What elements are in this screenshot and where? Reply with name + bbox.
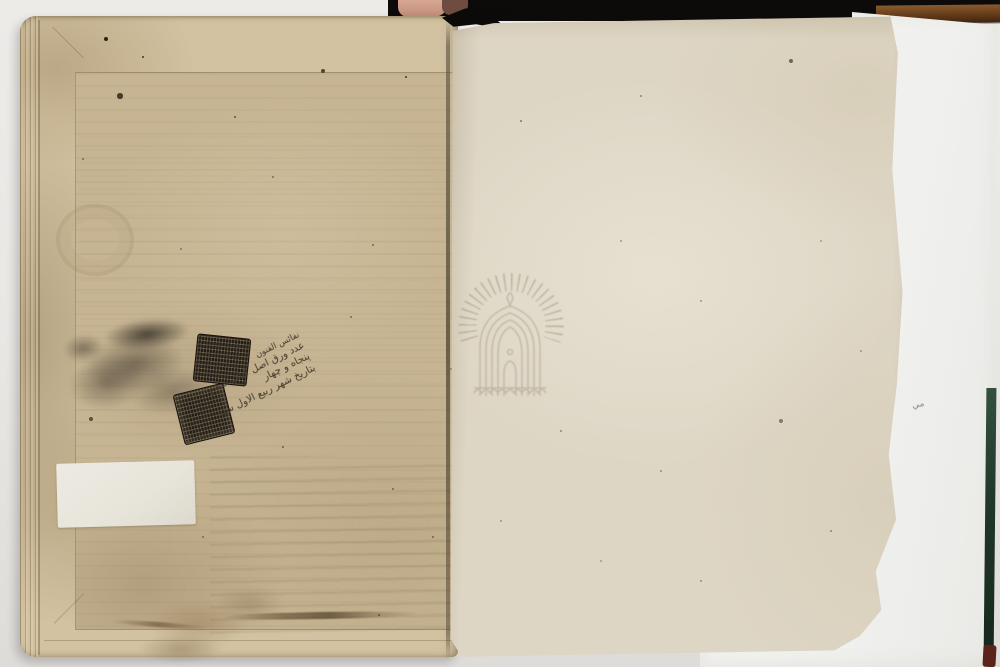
finger-tip [398, 0, 448, 17]
right-flyleaf-page [448, 14, 908, 662]
manuscript-photo: نفائس الفنون عدد ورق اصل کتاب صد و پنجاه… [0, 0, 1000, 667]
watermark-arch [450, 270, 572, 396]
embossed-dome-watermark [450, 270, 572, 396]
blind-embossed-round-stamp [56, 204, 134, 276]
green-fore-edge [984, 388, 997, 662]
foxing-specks [20, 16, 22, 18]
board-edge-striations [20, 16, 38, 657]
left-inside-cover: نفائس الفنون عدد ورق اصل کتاب صد و پنجاه… [20, 16, 458, 657]
pencil-notation: مي [911, 399, 925, 411]
corner-fold-line [52, 27, 84, 59]
board-crease-line [38, 20, 40, 655]
gutter-shadow [446, 20, 450, 660]
red-cover-corner [982, 645, 996, 667]
blank-paper-label [56, 460, 196, 528]
